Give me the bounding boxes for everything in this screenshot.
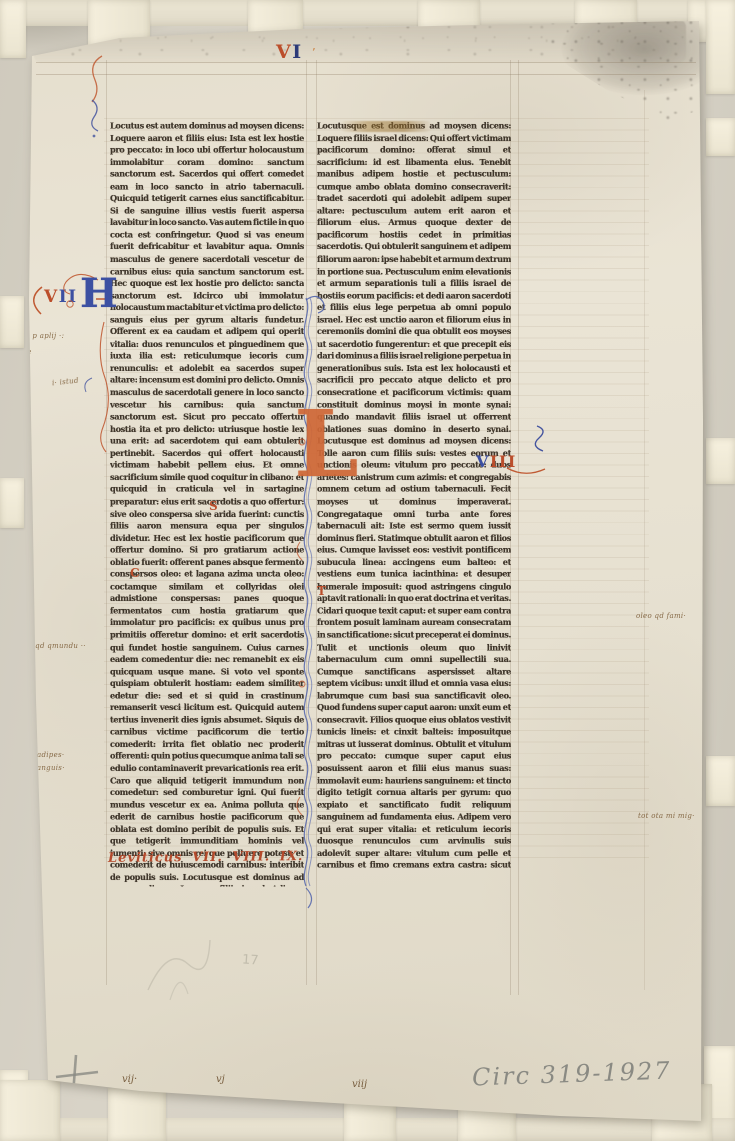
marginal-gloss: G p aplij ·: — [24, 332, 64, 340]
pencil-cross-icon — [52, 1052, 102, 1098]
running-title: Leviticus VII. VIII. IX. — [108, 849, 304, 866]
quire-mark: viij — [352, 1079, 367, 1090]
numeral-red-part: V — [276, 41, 292, 63]
ruling-line — [36, 74, 696, 75]
numeral-blue-part: V — [476, 452, 490, 471]
pencil-number: 17 — [241, 952, 259, 968]
ruling-line — [518, 60, 519, 995]
ruling-line — [36, 62, 696, 63]
pencil-scribble — [138, 928, 218, 1008]
numeral-blue-part: I — [292, 41, 302, 63]
inline-initial: T — [317, 584, 326, 598]
parchment-leaf-wrap: VI ’ Locutus est autem dominus ad moysen… — [0, 0, 735, 1141]
marginal-gloss: sanguis· — [33, 764, 65, 772]
marginal-gloss: retione — [4, 348, 32, 356]
numeral-red-part: V — [44, 287, 59, 307]
penwork-flourish — [295, 292, 321, 912]
decorated-initial-l: L — [294, 402, 359, 487]
penwork-flourish — [84, 52, 110, 140]
parchment-leaf: VI ’ Locutus est autem dominus ad moysen… — [0, 0, 735, 1141]
inline-initial: S — [209, 499, 218, 513]
quire-mark: vj — [216, 1074, 225, 1085]
stain-patch — [340, 121, 432, 132]
marginal-gloss: tot ota mi mig· — [638, 812, 695, 820]
quire-mark: vij· — [122, 1074, 137, 1085]
decorated-initial-h: H — [80, 274, 118, 314]
mounted-manuscript-photo: VI ’ Locutus est autem dominus ad moysen… — [0, 0, 735, 1141]
inline-initial: C — [130, 566, 140, 580]
text-column-left: Locutus est autem dominus ad moysen dice… — [110, 120, 304, 886]
marginal-gloss: adipes· — [37, 751, 64, 759]
penwork-tick: ’ — [312, 46, 316, 59]
numeral-red-part: III — [490, 452, 517, 471]
chapter-header-numeral: VI — [276, 41, 303, 63]
ruling-line — [644, 90, 645, 990]
ruling-line — [106, 60, 107, 985]
marginal-gloss: oleo qd fami· — [636, 612, 686, 620]
chapter-mark-right: VIII — [476, 452, 517, 471]
marginal-gloss: reliqd qmundu ·· — [22, 642, 86, 650]
